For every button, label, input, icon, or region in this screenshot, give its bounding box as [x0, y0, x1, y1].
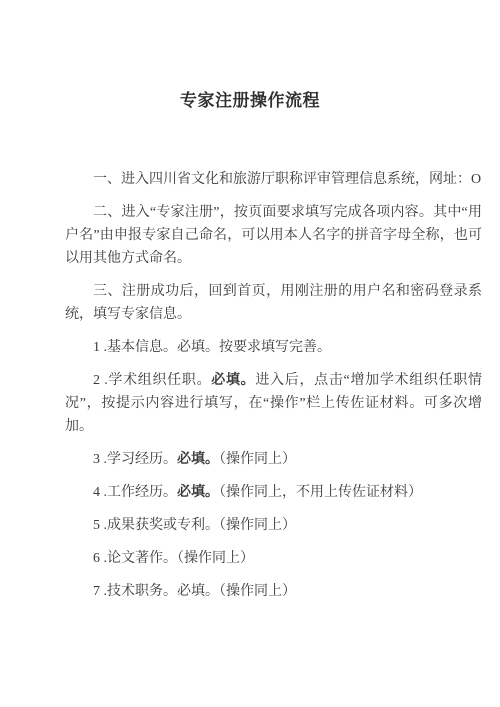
- paragraph-item-5: 5 .成果获奖或专利。（操作同上）: [65, 514, 482, 537]
- paragraph-item-4: 4 .工作经历。必填。（操作同上，不用上传佐证材料）: [65, 481, 482, 504]
- paragraph-item-7: 7 .技术职务。必填。（操作同上）: [65, 580, 482, 603]
- text-segment: 5 .成果获奖或专利。（操作同上）: [93, 518, 296, 533]
- paragraph-item-2: 2 .学术组织任职。必填。进入后，点击“增加学术组织任职情况”，按提示内容进行填…: [65, 369, 482, 438]
- text-segment: 2 .学术组织任职。: [93, 373, 211, 388]
- paragraph-item-6: 6 .论文著作。（操作同上）: [65, 547, 482, 570]
- text-segment: 必填。: [211, 373, 255, 388]
- text-segment: 3 .学习经历。: [93, 452, 177, 467]
- text-segment: 4 .工作经历。: [93, 485, 177, 500]
- paragraph-step-3: 三、注册成功后，回到首页，用刚注册的用户名和密码登录系统，填写专家信息。: [65, 280, 482, 326]
- paragraph-item-1: 1 .基本信息。必填。按要求填写完善。: [65, 336, 482, 359]
- text-segment: 二、进入“专家注册”，按页面要求填写完成各项内容。其中“用户名”由申报专家自己命…: [65, 205, 482, 266]
- paragraph-step-1: 一、进入四川省文化和旅游厅职称评审管理信息系统，网址：O: [65, 168, 482, 191]
- text-segment: 7 .技术职务。必填。（操作同上）: [93, 584, 296, 599]
- document-title: 专家注册操作流程: [0, 0, 500, 112]
- text-segment: （操作同上）: [219, 452, 296, 467]
- text-segment: 三、注册成功后，回到首页，用刚注册的用户名和密码登录系统，填写专家信息。: [65, 284, 482, 322]
- text-segment: 必填。: [177, 452, 219, 467]
- document-body: 一、进入四川省文化和旅游厅职称评审管理信息系统，网址：O二、进入“专家注册”，按…: [65, 168, 482, 603]
- paragraph-step-2: 二、进入“专家注册”，按页面要求填写完成各项内容。其中“用户名”由申报专家自己命…: [65, 201, 482, 270]
- text-segment: 一、进入四川省文化和旅游厅职称评审管理信息系统，网址：O: [93, 172, 481, 187]
- text-segment: 6 .论文著作。（操作同上）: [93, 551, 254, 566]
- paragraph-item-3: 3 .学习经历。必填。（操作同上）: [65, 448, 482, 471]
- document-page: 专家注册操作流程 一、进入四川省文化和旅游厅职称评审管理信息系统，网址：O二、进…: [0, 0, 500, 707]
- text-segment: 必填。: [177, 485, 219, 500]
- text-segment: 1 .基本信息。必填。按要求填写完善。: [93, 340, 331, 355]
- text-segment: （操作同上，不用上传佐证材料）: [219, 485, 422, 500]
